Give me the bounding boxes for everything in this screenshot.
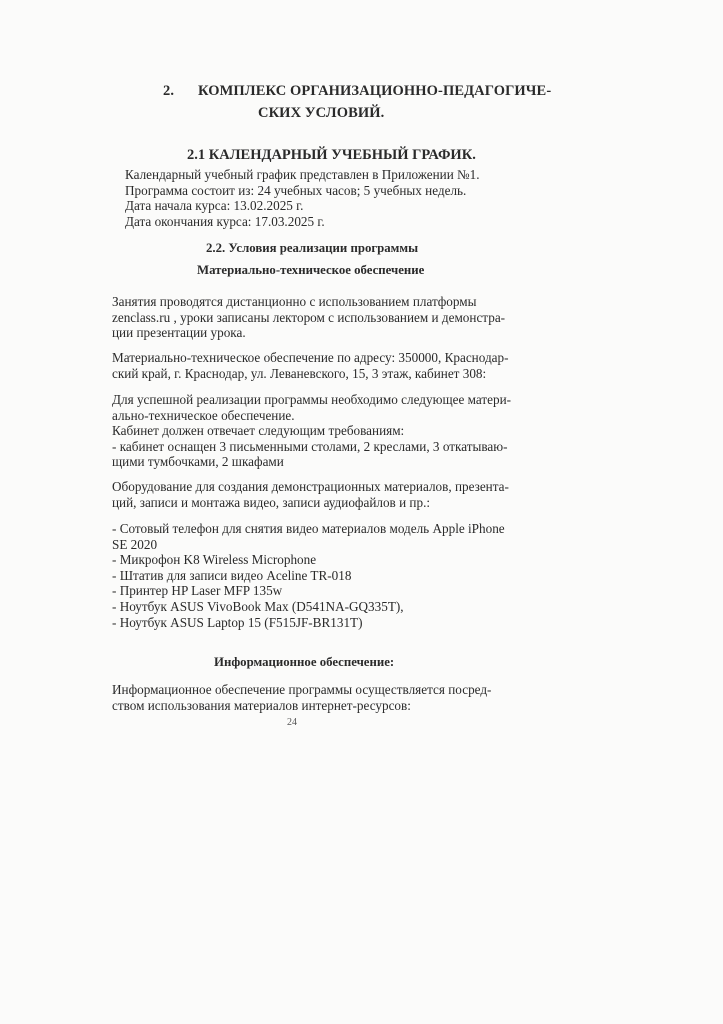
calendar-line: Программа состоит из: 24 учебных часов; … [125, 183, 480, 199]
section-title-line1: КОМПЛЕКС ОРГАНИЗАЦИОННО-ПЕДАГОГИЧЕ- [198, 83, 551, 100]
text-line: zenclass.ru , уроки записаны лектором с … [112, 310, 505, 326]
text-line: Оборудование для создания демонстрационн… [112, 479, 509, 495]
text-line: ции презентации урока. [112, 325, 505, 341]
paragraph-address: Материально-техническое обеспечение по а… [112, 350, 509, 381]
text-line: Информационное обеспечение программы осу… [112, 682, 491, 698]
list-item: - Микрофон K8 Wireless Microphone [112, 552, 505, 568]
section-number: 2. [163, 83, 174, 100]
page-number: 24 [287, 717, 297, 728]
calendar-heading: 2.1 КАЛЕНДАРНЫЙ УЧЕБНЫЙ ГРАФИК. [187, 147, 476, 164]
paragraph-equipment-intro: Оборудование для создания демонстрационн… [112, 479, 509, 510]
equipment-list: - Сотовый телефон для снятия видео матер… [112, 521, 505, 630]
list-item: - Принтер HP Laser MFP 135w [112, 583, 505, 599]
list-item: SE 2020 [112, 537, 505, 553]
list-item: - Ноутбук ASUS Laptop 15 (F515JF-BR131T) [112, 615, 505, 631]
text-line: Для успешной реализации программы необхо… [112, 392, 511, 408]
text-line: Материально-техническое обеспечение по а… [112, 350, 509, 366]
calendar-line: Дата начала курса: 13.02.2025 г. [125, 198, 480, 214]
text-line: Кабинет должен отвечает следующим требов… [112, 423, 511, 439]
text-line: ций, записи и монтажа видео, записи ауди… [112, 495, 509, 511]
conditions-heading: 2.2. Условия реализации программы [206, 241, 418, 256]
list-item: - Ноутбук ASUS VivoBook Max (D541NA-GQ33… [112, 599, 505, 615]
text-line: - кабинет оснащен 3 письменными столами,… [112, 439, 511, 455]
calendar-line: Календарный учебный график представлен в… [125, 167, 480, 183]
text-line: ством использования материалов интернет-… [112, 698, 491, 714]
text-line: ально-техническое обеспечение. [112, 408, 511, 424]
list-item: - Штатив для записи видео Aceline TR-018 [112, 568, 505, 584]
calendar-text: Календарный учебный график представлен в… [125, 167, 480, 229]
text-line: ский край, г. Краснодар, ул. Леваневског… [112, 366, 509, 382]
text-line: щими тумбочками, 2 шкафами [112, 454, 511, 470]
section-title-line2: СКИХ УСЛОВИЙ. [258, 105, 384, 122]
text-line: Занятия проводятся дистанционно с исполь… [112, 294, 505, 310]
paragraph-platform: Занятия проводятся дистанционно с исполь… [112, 294, 505, 341]
paragraph-requirements: Для успешной реализации программы необхо… [112, 392, 511, 470]
list-item: - Сотовый телефон для снятия видео матер… [112, 521, 505, 537]
conditions-subheading: Материально-техническое обеспечение [197, 263, 424, 278]
info-heading: Информационное обеспечение: [214, 655, 394, 670]
calendar-line: Дата окончания курса: 17.03.2025 г. [125, 214, 480, 230]
info-text: Информационное обеспечение программы осу… [112, 682, 491, 713]
